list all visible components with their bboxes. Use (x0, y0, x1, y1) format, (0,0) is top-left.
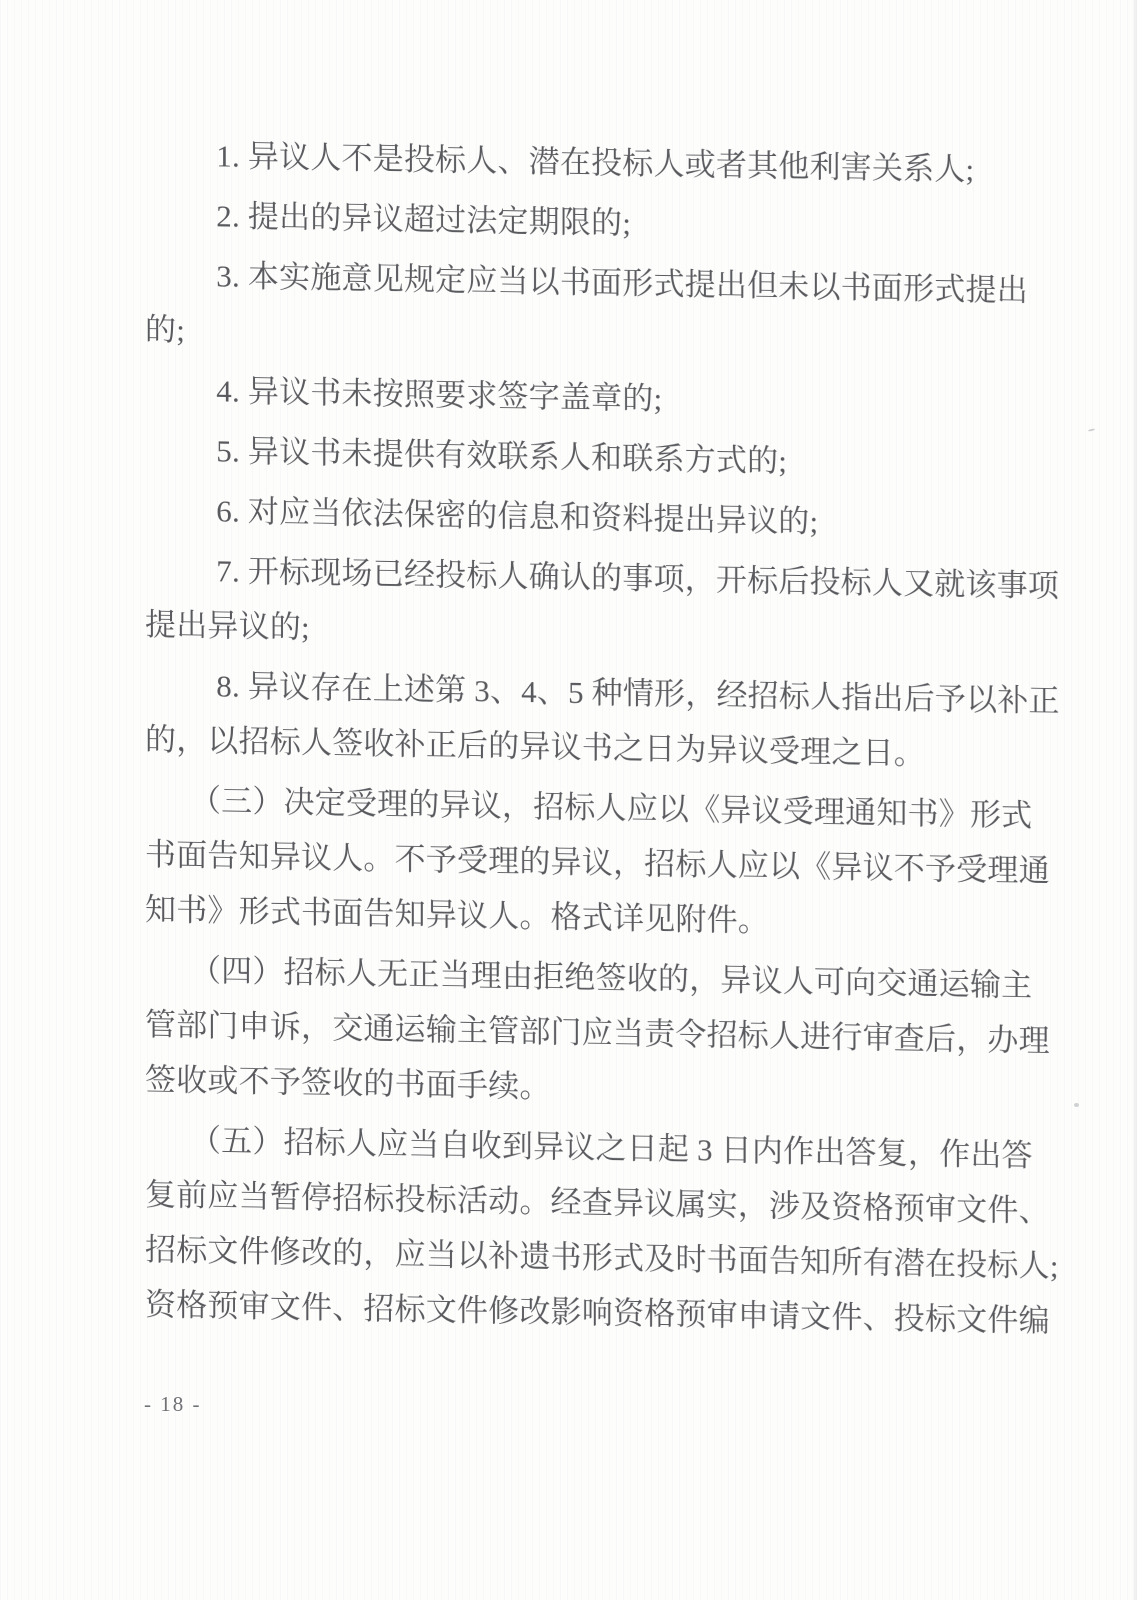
scan-artifact (1074, 1103, 1079, 1107)
text-line: 5. 异议书未提供有效联系人和联系方式的; (145, 422, 997, 493)
text-line: 6. 对应当依法保密的信息和资料提出异议的; (145, 482, 997, 553)
document-page: 1. 异议人不是投标人、潜在投标人或者其他利害关系人;2. 提出的异议超过法定期… (0, 0, 1137, 1600)
page-number: - 18 - (144, 1392, 202, 1417)
text-line: 2. 提出的异议超过法定期限的; (145, 187, 997, 258)
document-body: 1. 异议人不是投标人、潜在投标人或者其他利害关系人;2. 提出的异议超过法定期… (145, 127, 997, 1348)
scan-edge-shadow (1132, 0, 1137, 1600)
text-line: 4. 异议书未按照要求签字盖章的; (145, 362, 997, 433)
text-line: 1. 异议人不是投标人、潜在投标人或者其他利害关系人; (145, 127, 997, 198)
scan-artifact (1088, 428, 1095, 431)
